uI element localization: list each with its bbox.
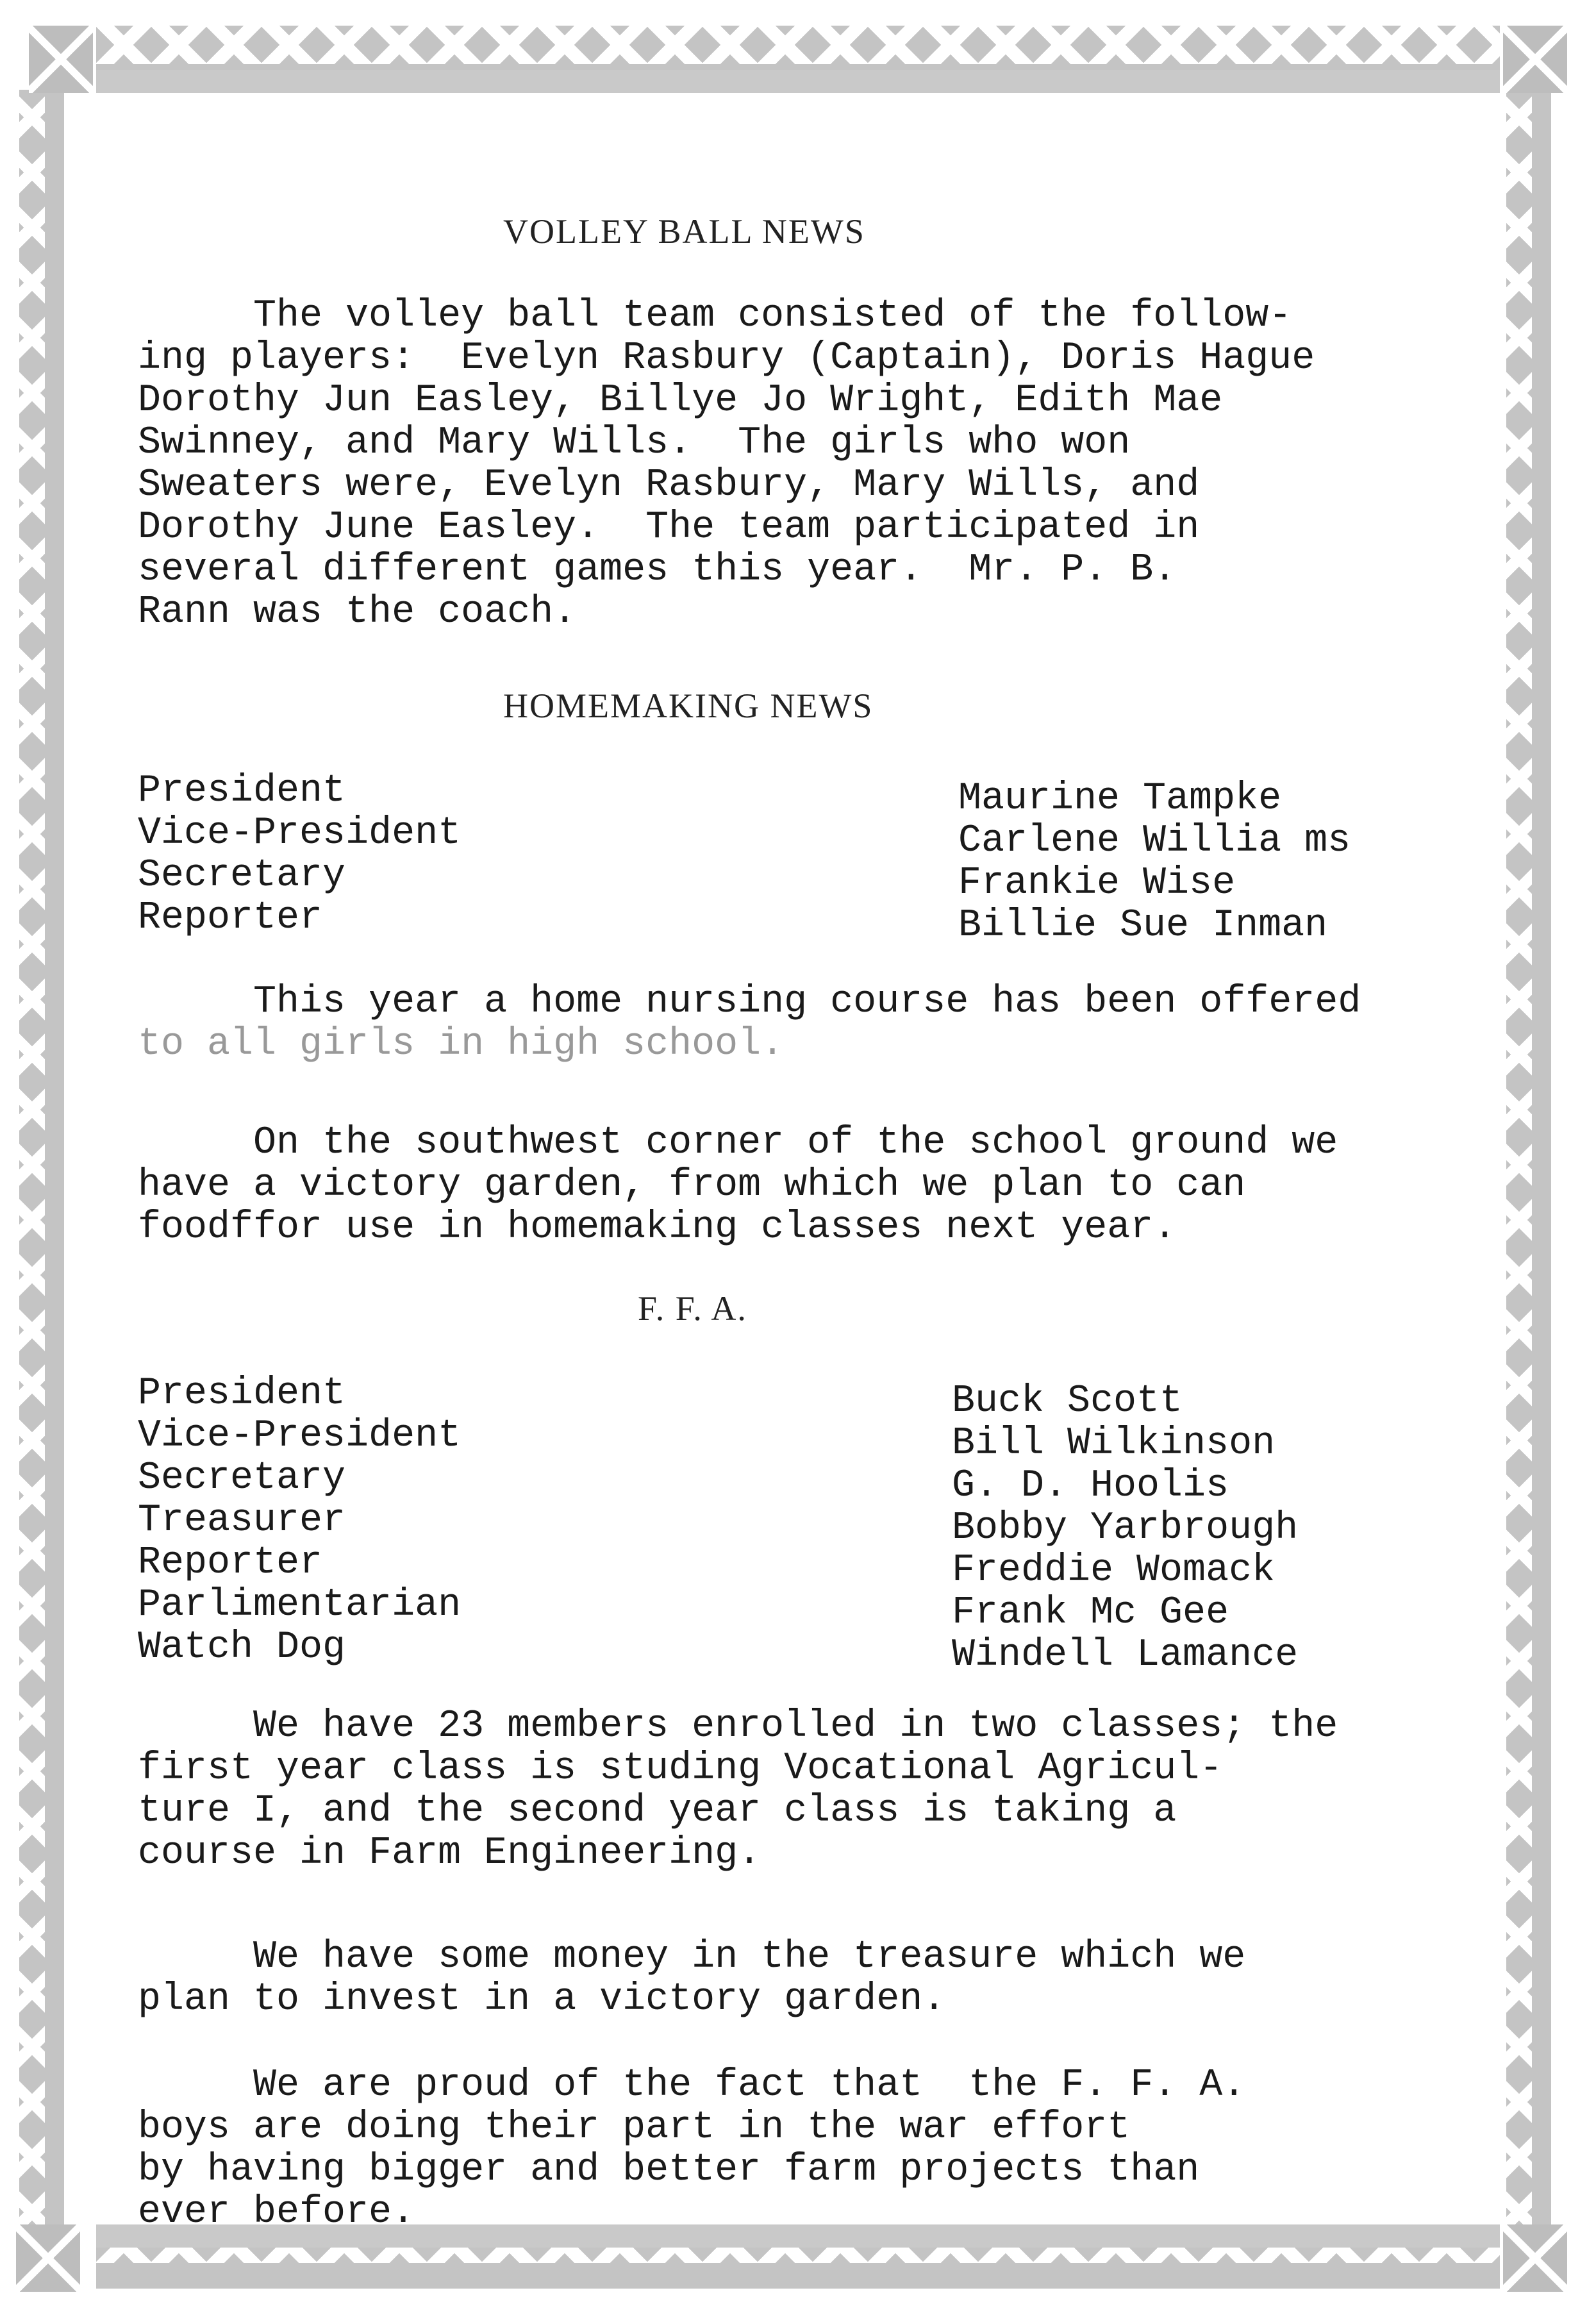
officer-role: Secretary: [138, 854, 345, 897]
officer-row: Parlimentarian Frank Mc Gee: [138, 1583, 1484, 1626]
text-line: by having bigger and better farm project…: [138, 2149, 1199, 2191]
officer-name: Windell Lamance: [952, 1633, 1298, 1677]
text-line: Dorothy Jun Easley, Billye Jo Wright, Ed…: [138, 380, 1222, 422]
officer-row: Watch Dog Windell Lamance: [138, 1626, 1484, 1668]
text-line: Rann was the coach.: [138, 591, 576, 633]
officer-role: Treasurer: [138, 1499, 345, 1542]
text-line: plan to invest in a victory garden.: [138, 1978, 945, 2021]
text-line: have a victory garden, from which we pla…: [138, 1164, 1245, 1206]
border-corner-ornament-icon: [1503, 26, 1567, 93]
text-line: Swinney, and Mary Wills. The girls who w…: [138, 422, 1130, 464]
text-line: Dorothy June Easley. The team participat…: [138, 506, 1199, 549]
border-corner-ornament-icon: [16, 2224, 80, 2292]
officer-role: Vice-President: [138, 812, 461, 855]
officer-row: President Maurine Tampke: [138, 769, 1484, 812]
ffa-heading: F. F. A.: [638, 1289, 747, 1328]
text-line: Sweaters were, Evelyn Rasbury, Mary Will…: [138, 464, 1199, 506]
text-line: The volley ball team consisted of the fo…: [138, 295, 1292, 337]
officer-role: President: [138, 1372, 345, 1415]
decorative-border-left: [19, 90, 64, 2231]
text-line: foodffor use in homemaking classes next …: [138, 1206, 1176, 1249]
text-line: We have 23 members enrolled in two class…: [138, 1705, 1338, 1748]
officer-name: Billie Sue Inman: [958, 904, 1327, 947]
officer-row: Vice-President Bill Wilkinson: [138, 1414, 1484, 1456]
officer-role: President: [138, 769, 345, 813]
text-line: first year class is studing Vocational A…: [138, 1748, 1222, 1790]
text-line: course in Farm Engineering.: [138, 1832, 761, 1874]
officer-row: Reporter Freddie Womack: [138, 1541, 1484, 1583]
border-corner-ornament-icon: [29, 26, 93, 93]
text-line: several different games this year. Mr. P…: [138, 549, 1176, 591]
text-line: We are proud of the fact that the F. F. …: [138, 2064, 1245, 2107]
text-line: to all girls in high school.: [138, 1023, 784, 1065]
text-line: ever before.: [138, 2191, 415, 2233]
officer-row: President Buck Scott: [138, 1372, 1484, 1414]
text-line: This year a home nursing course has been…: [138, 981, 1361, 1023]
decorative-border-right: [1506, 90, 1551, 2231]
officer-row: Secretary G. D. Hoolis: [138, 1456, 1484, 1499]
officer-row: Vice-President Carlene Willia ms: [138, 812, 1484, 854]
text-line: We have some money in the treasure which…: [138, 1936, 1245, 1978]
text-line: ture I, and the second year class is tak…: [138, 1790, 1176, 1832]
officer-role: Watch Dog: [138, 1626, 345, 1669]
text-line: On the southwest corner of the school gr…: [138, 1122, 1338, 1164]
homemaking-heading: HOMEMAKING NEWS: [503, 686, 873, 726]
border-corner-ornament-icon: [1503, 2224, 1567, 2292]
officer-role: Parlimentarian: [138, 1583, 461, 1627]
officer-role: Reporter: [138, 1541, 322, 1585]
officer-row: Reporter Billie Sue Inman: [138, 896, 1484, 939]
officer-row: Treasurer Bobby Yarbrough: [138, 1499, 1484, 1541]
text-line: boys are doing their part in the war eff…: [138, 2107, 1130, 2149]
officer-role: Vice-President: [138, 1414, 461, 1458]
text-line: ing players: Evelyn Rasbury (Captain), D…: [138, 337, 1315, 380]
officer-role: Secretary: [138, 1456, 345, 1500]
officer-role: Reporter: [138, 896, 322, 940]
decorative-border-bottom: [96, 2224, 1500, 2289]
decorative-border-top: [96, 26, 1500, 93]
officer-row: Secretary Frankie Wise: [138, 854, 1484, 896]
volleyball-heading: VOLLEY BALL NEWS: [503, 212, 865, 251]
